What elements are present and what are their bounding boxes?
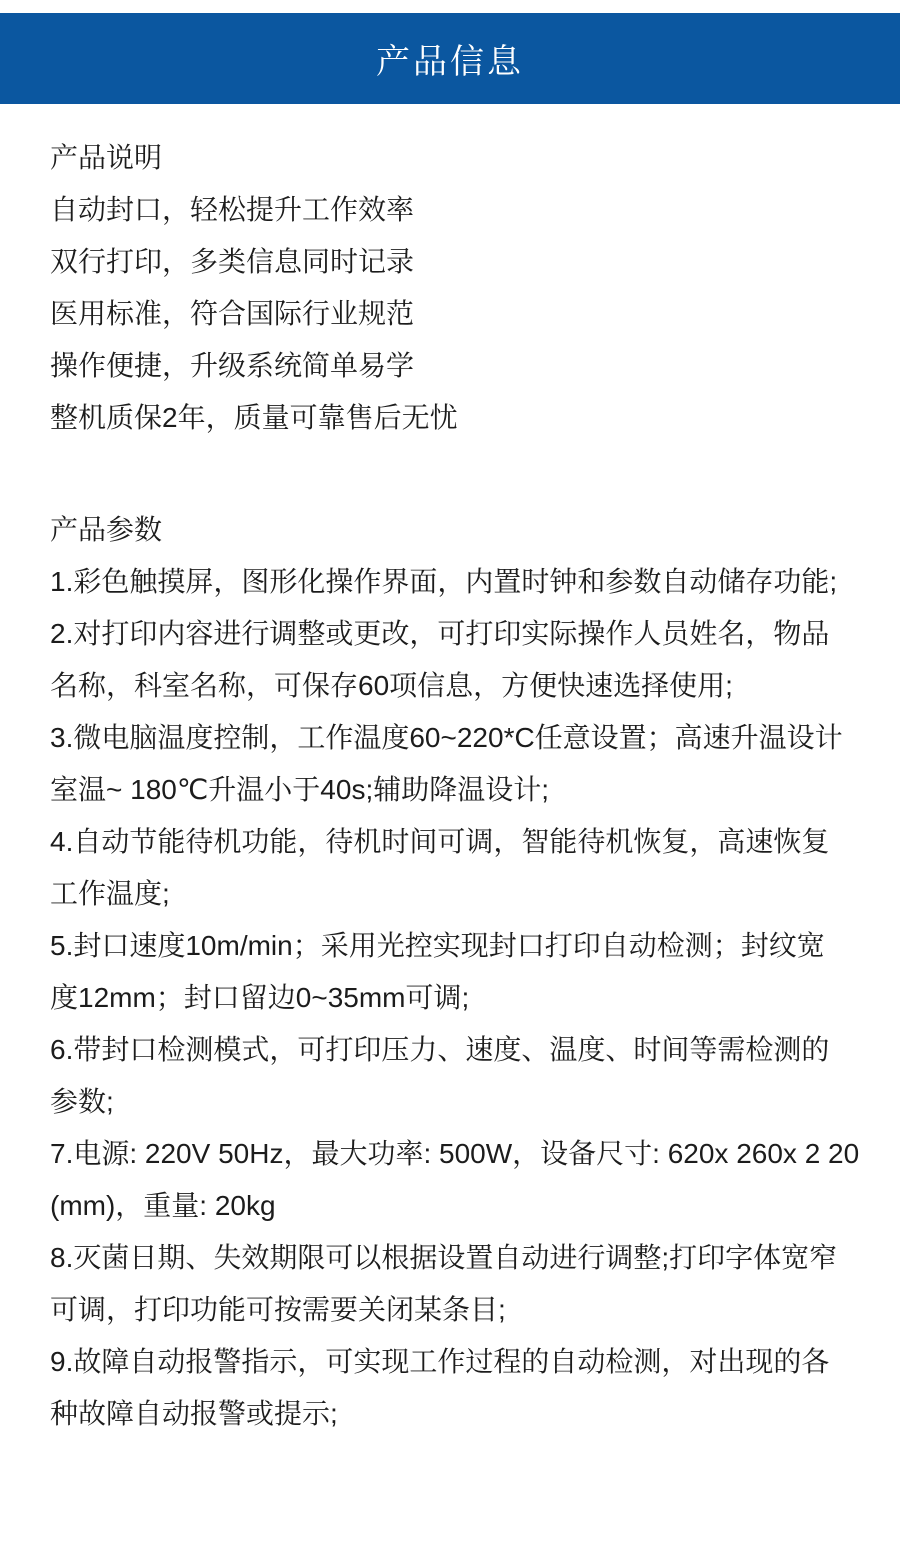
- text-line: 1.彩色触摸屏，图形化操作界面，内置时钟和参数自动储存功能;: [50, 556, 856, 608]
- text-line: 工作温度;: [50, 868, 856, 920]
- text-line: 9.故障自动报警指示，可实现工作过程的自动检测，对出现的各: [50, 1336, 856, 1388]
- description-section: 产品说明 自动封口，轻松提升工作效率 双行打印，多类信息同时记录 医用标准，符合…: [50, 132, 856, 444]
- text-line: 4.自动节能待机功能，待机时间可调，智能待机恢复，高速恢复: [50, 816, 856, 868]
- text-line: 自动封口，轻松提升工作效率: [50, 184, 856, 236]
- parameters-section: 产品参数 1.彩色触摸屏，图形化操作界面，内置时钟和参数自动储存功能; 2.对打…: [50, 504, 856, 1440]
- text-line: 6.带封口检测模式，可打印压力、速度、温度、时间等需检测的: [50, 1024, 856, 1076]
- header-band: 产品信息: [0, 13, 900, 104]
- product-info-page: 产品信息 产品说明 自动封口，轻松提升工作效率 双行打印，多类信息同时记录 医用…: [0, 0, 900, 1563]
- text-line: 2.对打印内容进行调整或更改，可打印实际操作人员姓名，物品: [50, 608, 856, 660]
- text-line: 3.微电脑温度控制，工作温度60~220*C任意设置；高速升温设计: [50, 712, 856, 764]
- text-line: 8.灭菌日期、失效期限可以根据设置自动进行调整;打印字体宽窄: [50, 1232, 856, 1284]
- page-title: 产品信息: [376, 34, 524, 83]
- text-line: 参数;: [50, 1076, 856, 1128]
- text-line: (mm)，重量: 20kg: [50, 1180, 856, 1232]
- content-area: 产品说明 自动封口，轻松提升工作效率 双行打印，多类信息同时记录 医用标准，符合…: [0, 132, 900, 1440]
- description-heading: 产品说明: [50, 132, 856, 184]
- text-line: 5.封口速度10m/min；采用光控实现封口打印自动检测；封纹宽: [50, 920, 856, 972]
- text-line: 7.电源: 220V 50Hz，最大功率: 500W，设备尺寸: 620x 26…: [50, 1128, 856, 1180]
- text-line: 室温~ 180℃升温小于40s;辅助降温设计;: [50, 764, 856, 816]
- parameters-heading: 产品参数: [50, 504, 856, 556]
- text-line: 可调，打印功能可按需要关闭某条目;: [50, 1284, 856, 1336]
- text-line: 双行打印，多类信息同时记录: [50, 236, 856, 288]
- text-line: 操作便捷，升级系统简单易学: [50, 340, 856, 392]
- text-line: 种故障自动报警或提示;: [50, 1388, 856, 1440]
- text-line: 医用标准，符合国际行业规范: [50, 288, 856, 340]
- text-line: 名称，科室名称，可保存60项信息，方便快速选择使用;: [50, 660, 856, 712]
- text-line: 度12mm；封口留边0~35mm可调;: [50, 972, 856, 1024]
- text-line: 整机质保2年，质量可靠售后无忧: [50, 392, 856, 444]
